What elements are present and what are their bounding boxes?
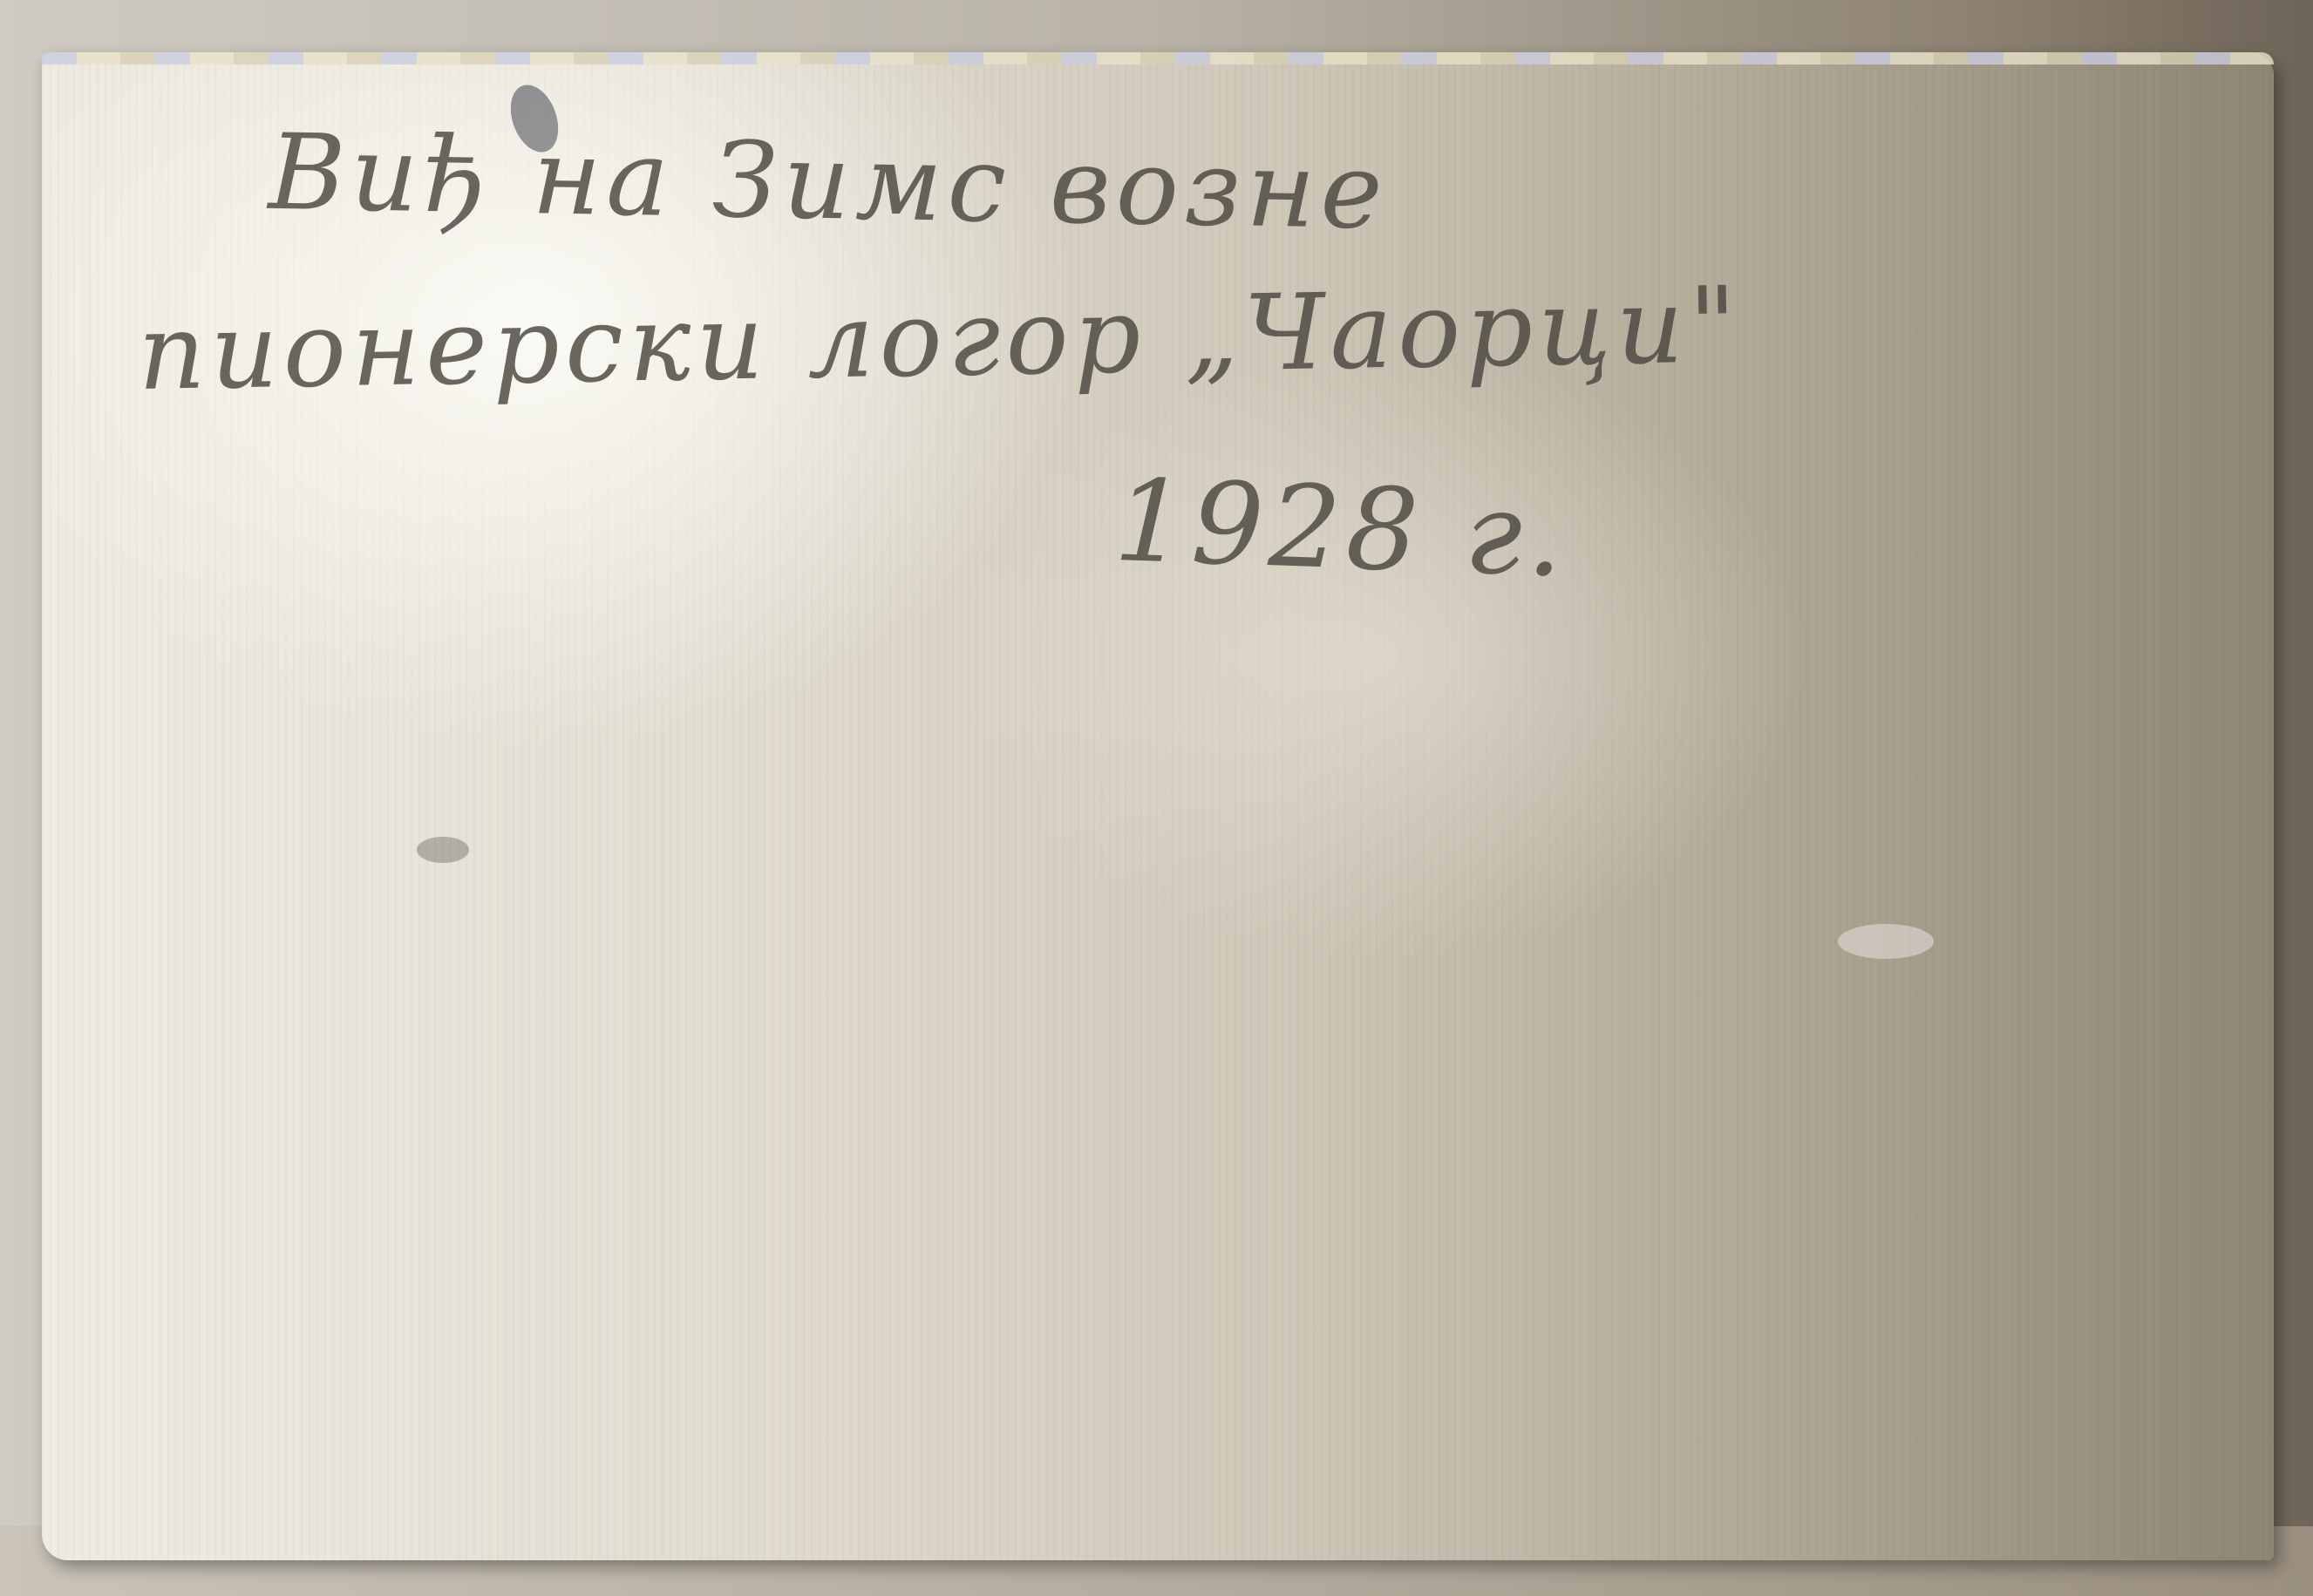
paper-scuff — [1838, 924, 1934, 959]
handwritten-date: 1928 г. — [1112, 454, 1571, 602]
photo-card-back: Виђ на Зимс возне пионерски логор „Чаорц… — [42, 52, 2274, 1560]
dirt-mark — [417, 837, 469, 863]
handwritten-line-2: пионерски логор „Чаорци" — [137, 265, 1743, 414]
torn-top-edge — [42, 52, 2274, 65]
handwritten-line-1: Виђ на Зимс возне — [268, 112, 1389, 253]
